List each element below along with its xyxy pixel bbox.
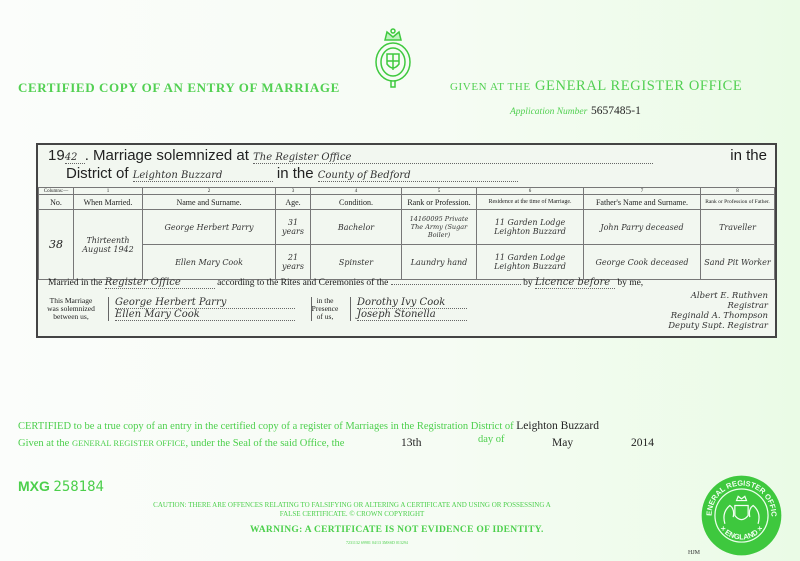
by-me-label: by me,	[617, 278, 643, 288]
day-of-label: day of	[478, 431, 505, 448]
by-label: by	[523, 278, 533, 288]
certification-text: CERTIFIED to be a true copy of an entry …	[18, 421, 514, 432]
in-the-label: in the	[730, 147, 767, 164]
issuer-initials: HJM	[688, 550, 700, 556]
certification-month: May	[552, 435, 573, 452]
certification-year: 2014	[631, 435, 654, 452]
witness-signature: Dorothy Ivy Cook	[357, 297, 467, 309]
official-role: Registrar	[548, 301, 768, 311]
married-in-value: Register Office	[105, 277, 215, 289]
register-heading-line2: District of Leighton Buzzard in the Coun…	[66, 165, 518, 182]
by-value: Licence before	[535, 277, 615, 289]
header-row: No. When Married. Name and Surname. Age.…	[39, 195, 775, 210]
col-num: 7	[584, 188, 701, 195]
entries-table: Columns:— 1 2 3 4 5 6 7 8 No. When Marri…	[38, 187, 775, 280]
groom-condition: Bachelor	[311, 210, 402, 245]
county-value: County of Bedford	[318, 170, 518, 182]
entry-number: 38	[39, 210, 74, 280]
columns-label: Columns:—	[39, 188, 74, 195]
header-residence: Residence at the time of Marriage.	[477, 195, 584, 210]
party-signature: Ellen Mary Cook	[115, 309, 295, 321]
rites-value	[391, 284, 521, 285]
col-num: 4	[311, 188, 402, 195]
column-numbers-row: Columns:— 1 2 3 4 5 6 7 8	[39, 188, 775, 195]
given-at-label: Given at the	[18, 438, 69, 449]
bride-name: Ellen Mary Cook	[143, 245, 276, 280]
bride-father: George Cook deceased	[584, 245, 701, 280]
certification-district: Leighton Buzzard	[516, 420, 599, 432]
document-title: CERTIFIED COPY OF AN ENTRY OF MARRIAGE	[18, 80, 340, 96]
presence-label: in the Presence of us,	[310, 297, 340, 321]
seal-text: , under the Seal of the said Office, the	[185, 438, 344, 449]
married-in-line: Married in the Register Office according…	[48, 277, 768, 289]
table-row: 38 Thirteenth August 1942 George Herbert…	[39, 210, 775, 245]
bride-condition: Spinster	[311, 245, 402, 280]
header-no: No.	[39, 195, 74, 210]
certification-block: CERTIFIED to be a true copy of an entry …	[18, 418, 788, 452]
when-married: Thirteenth August 1942	[74, 210, 143, 280]
print-codes: 7231132 69981 04/13 3MSSD 013294	[346, 540, 408, 545]
rites-label: according to the Rites and Ceremonies of…	[217, 278, 388, 288]
col-num: 6	[477, 188, 584, 195]
col-num: 2	[143, 188, 276, 195]
officials-signatures: Albert E. Ruthven Registrar Reginald A. …	[548, 291, 768, 331]
year-handwritten: 42	[65, 152, 85, 164]
register-entry: 1942. Marriage solemnized at The Registe…	[36, 143, 777, 338]
issuing-office: Given at the GENERAL REGISTER OFFICE	[450, 78, 742, 95]
groom-residence: 11 Garden Lodge Leighton Buzzard	[477, 210, 584, 245]
in-the-label-2: in the	[277, 165, 314, 182]
district-label: District of	[66, 165, 129, 182]
witness-signature: Joseph Stonella	[357, 309, 467, 321]
serial-prefix: MXG	[18, 478, 50, 494]
groom-rank: 14160095 Private The Army (Sugar Boiler)	[402, 210, 477, 245]
register-heading-line1: 1942. Marriage solemnized at The Registe…	[48, 147, 653, 164]
header-rank: Rank or Profession.	[402, 195, 477, 210]
application-number: 5657485-1	[591, 105, 641, 117]
groom-name: George Herbert Parry	[143, 210, 276, 245]
groom-father-rank: Traveller	[701, 210, 775, 245]
office-name: General Register Office	[72, 438, 186, 448]
serial-digits: 258184	[53, 479, 104, 495]
table-row: Ellen Mary Cook 21 years Spinster Laundr…	[39, 245, 775, 280]
header-father-rank: Rank or Profession of Father.	[701, 195, 775, 210]
col-num: 1	[74, 188, 143, 195]
header-condition: Condition.	[311, 195, 402, 210]
warning-notice: WARNING: A CERTIFICATE IS NOT EVIDENCE O…	[250, 525, 544, 535]
official-name: Reginald A. Thompson	[548, 311, 768, 321]
witness-signatures: Dorothy Ivy Cook Joseph Stonella	[350, 297, 483, 321]
parties-signatures: George Herbert Parry Ellen Mary Cook	[108, 297, 312, 321]
district-value: Leighton Buzzard	[133, 170, 273, 182]
solemnized-place: The Register Office	[253, 152, 653, 164]
royal-crest-icon	[373, 28, 413, 92]
header-father-name: Father's Name and Surname.	[584, 195, 701, 210]
header-age: Age.	[276, 195, 311, 210]
header-when-married: When Married.	[74, 195, 143, 210]
certification-line1: CERTIFIED to be a true copy of an entry …	[18, 418, 788, 435]
col-num: 3	[276, 188, 311, 195]
official-role: Deputy Supt. Registrar	[548, 321, 768, 331]
col-num: 5	[402, 188, 477, 195]
groom-father: John Parry deceased	[584, 210, 701, 245]
gro-seal-icon: GENERAL REGISTER OFFICE × ENGLAND ×	[700, 474, 783, 557]
solemnized-label: Marriage solemnized at	[93, 147, 249, 164]
certification-line2: Given at the General Register Office, un…	[18, 435, 788, 452]
header-name: Name and Surname.	[143, 195, 276, 210]
bride-rank: Laundry hand	[402, 245, 477, 280]
col-num: 8	[701, 188, 775, 195]
serial-number: MXG 258184	[18, 478, 104, 496]
application-number-label: Application Number	[510, 107, 587, 117]
issuing-office-name: GENERAL REGISTER OFFICE	[535, 78, 742, 94]
issuing-office-prefix: Given at the	[450, 81, 531, 93]
party-signature: George Herbert Parry	[115, 297, 295, 309]
bride-age: 21 years	[276, 245, 311, 280]
bride-father-rank: Sand Pit Worker	[701, 245, 775, 280]
year-prefix: 19	[48, 147, 65, 164]
married-in-label: Married in the	[48, 278, 102, 288]
solemnized-between-label: This Marriage was solemnized between us,	[46, 297, 96, 321]
official-name: Albert E. Ruthven	[548, 291, 768, 301]
certification-day: 13th	[401, 435, 421, 452]
groom-age: 31 years	[276, 210, 311, 245]
caution-notice: CAUTION: THERE ARE OFFENCES RELATING TO …	[152, 501, 552, 519]
bride-residence: 11 Garden Lodge Leighton Buzzard	[477, 245, 584, 280]
